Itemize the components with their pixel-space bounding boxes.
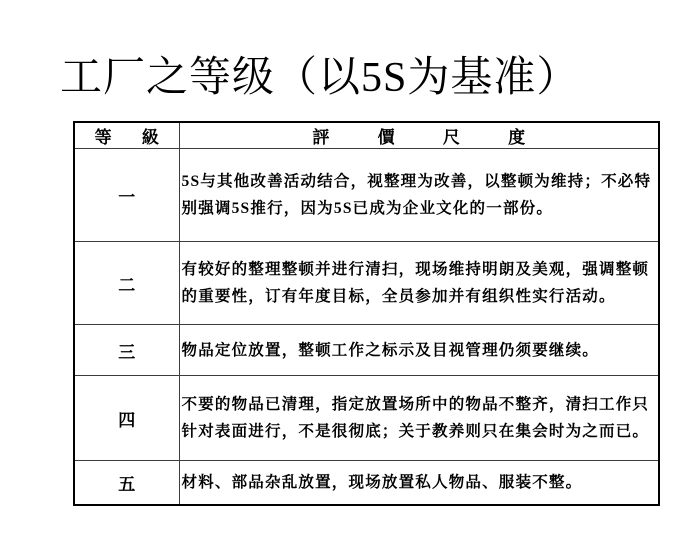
description-cell: 不要的物品已清理，指定放置场所中的物品不整齐，清扫工作只针对表面进行，不是很彻底…: [179, 376, 659, 461]
grade-cell: 二: [74, 242, 179, 325]
table-row: 一5S与其他改善活动结合，视整理为改善，以整顿为维持；不必特别强调5S推行，因为…: [74, 149, 659, 242]
table-body: 一5S与其他改善活动结合，视整理为改善，以整顿为维持；不必特别强调5S推行，因为…: [74, 149, 659, 505]
description-cell: 5S与其他改善活动结合，视整理为改善，以整顿为维持；不必特别强调5S推行，因为5…: [179, 149, 659, 242]
grade-cell: 五: [74, 461, 179, 505]
header-grade: 等 級: [74, 122, 179, 149]
description-cell: 有较好的整理整顿并进行清扫，现场维持明朗及美观，强调整顿的重要性，订有年度目标，…: [179, 242, 659, 325]
table-row: 二有较好的整理整顿并进行清扫，现场维持明朗及美观，强调整顿的重要性，订有年度目标…: [74, 242, 659, 325]
slide-title: 工厂之等级（以5S为基准）: [60, 44, 579, 104]
table-row: 五材料、部品杂乱放置，现场放置私人物品、服装不整。: [74, 461, 659, 505]
description-cell: 材料、部品杂乱放置，现场放置私人物品、服装不整。: [179, 461, 659, 505]
grade-cell: 三: [74, 325, 179, 376]
table-row: 四不要的物品已清理，指定放置场所中的物品不整齐，清扫工作只针对表面进行，不是很彻…: [74, 376, 659, 461]
grade-cell: 一: [74, 149, 179, 242]
grade-cell: 四: [74, 376, 179, 461]
description-cell: 物品定位放置，整顿工作之标示及目视管理仍须要继续。: [179, 325, 659, 376]
table-header-row: 等 級 評 價 尺 度: [74, 122, 659, 149]
slide: 工厂之等级（以5S为基准） 等 級 評 價 尺 度 一5S与其他改善活动结合，视…: [0, 0, 700, 538]
header-scale: 評 價 尺 度: [179, 122, 659, 149]
grade-table: 等 級 評 價 尺 度 一5S与其他改善活动结合，视整理为改善，以整顿为维持；不…: [73, 121, 660, 506]
table-row: 三物品定位放置，整顿工作之标示及目视管理仍须要继续。: [74, 325, 659, 376]
